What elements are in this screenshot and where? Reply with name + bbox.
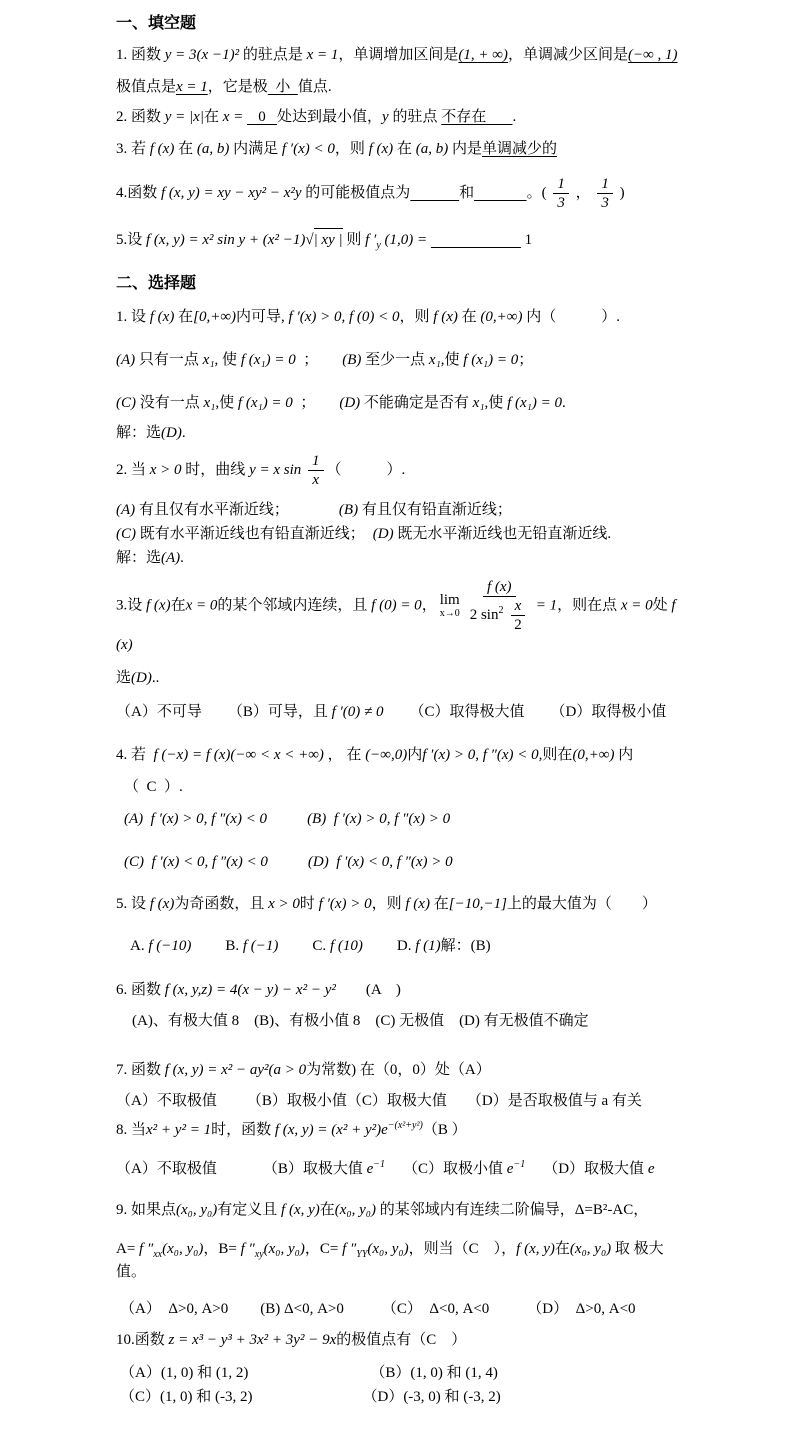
text-run: ，则 — [372, 896, 406, 912]
doc-line: 8. 当x² + y² = 1时，函数 f (x, y) = (x² + y²)… — [116, 1119, 683, 1142]
text-run: ； — [296, 352, 319, 368]
doc-line: 解：选(A). — [116, 547, 683, 570]
doc-line: (A) 有且仅有水平渐近线；(B) 有且仅有铅直渐近线； — [116, 499, 683, 522]
text-run: 3 — [557, 195, 565, 211]
document-page: 一、填空题 1. 函数 y = 3(x −1)² 的驻点是 x = 1，单调增加… — [0, 0, 793, 1433]
text-run: 1 — [521, 232, 532, 248]
text-run: 在 — [171, 597, 186, 613]
tab-space — [228, 1312, 260, 1313]
text-run: 10.函数 — [116, 1332, 169, 1348]
text-run: (x₀, y₀) — [335, 1202, 376, 1218]
answer-blank: 0 — [247, 109, 277, 125]
text-run: 1 — [312, 453, 320, 469]
text-run: x — [312, 472, 319, 488]
answer-blank: 单调减少的 — [482, 141, 557, 157]
section-heading: 二、选择题 — [116, 272, 683, 296]
text-run: 则 — [343, 232, 366, 248]
tab-space — [202, 715, 228, 716]
answer-blank: (−∞ , 1) — [628, 47, 678, 63]
text-run: e — [648, 1161, 655, 1177]
text-run: 在 — [174, 141, 197, 157]
fraction: 13 — [553, 175, 569, 212]
text-run: (D) — [131, 670, 152, 686]
text-run: f (x) — [150, 141, 175, 157]
doc-line: （A）不可导（B）可导，且 f ′(0) ≠ 0（C）取得极大值（D）取得极小值 — [116, 701, 683, 724]
text-run: 既无水平渐近线也无铅直渐近线. — [394, 526, 612, 542]
text-run: (x₀, y₀) — [264, 1241, 305, 1257]
tab-space — [278, 949, 312, 950]
text-run: (B) — [339, 502, 358, 518]
text-run: 3.设 — [116, 597, 146, 613]
text-run: f ′(x) < 0, f ″(x) < 0 — [152, 854, 268, 870]
text-run: 4. 若 — [116, 747, 154, 763]
text-run: 内满足 — [229, 141, 282, 157]
text-run: f ′(x) > 0, f ″(x) < 0 — [151, 811, 267, 827]
text-run: y — [382, 109, 389, 125]
section-multiple-choice: 二、选择题 1. 设 f (x) 在[0,+∞)内可导, f ′(x) > 0,… — [116, 272, 683, 1409]
text-run: 2 — [514, 617, 522, 633]
text-run: ，单调增加区间是 — [338, 47, 458, 63]
text-run: (x₀, y₀) — [162, 1241, 203, 1257]
text-run: 解：选 — [116, 550, 161, 566]
text-run: (C) — [116, 526, 136, 542]
text-run: 在 — [204, 109, 223, 125]
fraction-denominator: 3 — [597, 194, 613, 212]
text-run: | xy | — [314, 232, 343, 248]
text-run: y = 3(x −1)² — [165, 47, 239, 63]
text-run: f ′(x) > 0, f ″(x) > 0 — [334, 811, 450, 827]
text-run: 上的最大值为（ ） — [507, 896, 657, 912]
text-run: x₁ — [473, 395, 485, 411]
text-run: 处 — [653, 597, 672, 613]
answer-blank: x = 1 — [176, 79, 208, 95]
text-run: x = 1 — [307, 47, 339, 63]
text-run: D. — [397, 938, 415, 954]
doc-line: （A） Δ>0, A>0(B) Δ<0, A>0（C） Δ<0, A<0（D） … — [116, 1298, 683, 1321]
answer-blank — [431, 232, 521, 248]
fraction-denominator: 2 — [510, 616, 526, 634]
text-run: （B）取极大值 — [263, 1161, 367, 1177]
text-run: x = — [223, 109, 247, 125]
tab-space — [191, 949, 225, 950]
text-run: （B）取极小值（C）取极大值 — [247, 1093, 447, 1109]
text-run: (x₀, y₀) — [176, 1202, 217, 1218]
text-run: f ″ — [241, 1241, 255, 1257]
fraction: f (x)2 sin2 x2 — [466, 578, 533, 634]
text-run: (0,+∞) — [572, 747, 614, 763]
text-run: x₁ — [429, 352, 441, 368]
text-run: ； — [518, 352, 533, 368]
text-run: ，则在点 — [557, 597, 621, 613]
text-run: ， — [422, 597, 437, 613]
text-run: (D) — [339, 395, 360, 411]
doc-line: (C) 既有水平渐近线也有铅直渐近线；(D) 既无水平渐近线也无铅直渐近线. — [116, 523, 683, 546]
text-run: 值点. — [298, 79, 332, 95]
text-run: −(x²+y²) — [388, 1120, 423, 1131]
text-run: (x₀, y₀) — [570, 1241, 611, 1257]
text-run: 1 — [557, 176, 565, 192]
text-run: x = 0 — [621, 597, 653, 613]
doc-line: （ C ）. — [116, 776, 683, 799]
text-run: −1 — [373, 1159, 385, 1170]
text-run: . — [512, 109, 516, 125]
text-run: f (x) — [405, 896, 430, 912]
answer-blank — [410, 185, 459, 201]
fraction: x2 — [510, 597, 526, 634]
text-run: 内（ ）. — [522, 309, 620, 325]
text-run: 极值点是 — [116, 79, 176, 95]
text-run: x₁ — [204, 395, 216, 411]
text-run: YY — [356, 1249, 367, 1260]
text-run: f (x, y) — [516, 1241, 555, 1257]
text-run: 9. 如果点 — [116, 1202, 176, 1218]
text-run: A= — [116, 1241, 139, 1257]
doc-line: 1. 函数 y = 3(x −1)² 的驻点是 x = 1，单调增加区间是(1,… — [116, 44, 683, 67]
text-run: f (x) — [150, 896, 175, 912]
text-run: 解：选 — [116, 425, 161, 441]
doc-line: 4.函数 f (x, y) = xy − xy² − x²y 的可能极值点为 和… — [116, 175, 683, 212]
text-run: (D) — [373, 526, 394, 542]
section-lines: 1. 函数 y = 3(x −1)² 的驻点是 x = 1，单调增加区间是(1,… — [116, 44, 683, 252]
text-run: f (−x) = f (x)(−∞ < x < +∞) — [154, 747, 324, 763]
sqrt-radical: √| xy | — [305, 228, 342, 252]
text-run: 有且仅有铅直渐近线； — [358, 502, 512, 518]
tab-space — [525, 1172, 543, 1173]
text-run: （C）(1, 0) 和 (-3, 2) — [120, 1389, 252, 1405]
text-run: f (x, y) = xy − xy² − x²y — [161, 185, 302, 201]
text-run: . — [562, 395, 566, 411]
text-run: （A）不可导 — [116, 704, 202, 720]
fraction-denominator: 2 sin2 x2 — [466, 597, 533, 634]
text-run: 为常数) 在（0，0）处（A） — [306, 1062, 491, 1078]
text-run — [503, 607, 507, 623]
text-run: x > 0 — [150, 462, 182, 478]
tab-space — [336, 993, 366, 994]
tab-space — [217, 1104, 247, 1105]
doc-line: 2. 函数 y = |x|在 x = 0 处达到最小值，y 的驻点 不存在 . — [116, 106, 683, 129]
text-run: f (−1) — [243, 938, 279, 954]
text-run — [144, 854, 152, 870]
text-run: (D) — [161, 425, 182, 441]
text-run: (x₀, y₀) — [367, 1241, 408, 1257]
text-run: （D） Δ>0, A<0 — [527, 1301, 635, 1317]
text-run: （ C ）. — [124, 779, 183, 795]
text-run: （ ）. — [327, 462, 406, 478]
doc-line: 7. 函数 f (x, y) = x² − ay²(a > 0为常数) 在（0，… — [116, 1059, 683, 1082]
text-run: （D）是否取极值与 a 有关 — [467, 1093, 642, 1109]
text-run: f ′ — [365, 232, 376, 248]
tab-space — [365, 537, 373, 538]
tab-space — [252, 1400, 362, 1401]
text-run: f (x) — [487, 579, 512, 595]
text-run: （A）不取极值 — [116, 1161, 217, 1177]
text-run: . — [180, 550, 184, 566]
text-run: f (10) — [330, 938, 363, 954]
text-run: 内 — [407, 747, 422, 763]
text-run: 在 — [320, 1202, 335, 1218]
tab-space — [385, 1172, 403, 1173]
text-run: (1,0) = — [381, 232, 431, 248]
text-run: 3 — [601, 195, 609, 211]
text-run: 在 — [430, 896, 449, 912]
text-run: 为奇函数，且 — [174, 896, 268, 912]
text-run: .. — [152, 670, 160, 686]
tab-space — [363, 949, 397, 950]
text-run: 时 — [300, 896, 319, 912]
text-run: f (x) — [146, 597, 171, 613]
text-run: 的驻点是 — [239, 47, 307, 63]
text-run: 的某个邻域内连续，且 — [217, 597, 371, 613]
text-run: 有定义且 — [217, 1202, 281, 1218]
text-run: (B) Δ<0, A>0 — [260, 1301, 344, 1317]
text-run — [326, 811, 334, 827]
fraction-numerator: x — [511, 597, 526, 616]
text-run: (A) — [124, 811, 143, 827]
radicand: | xy | — [314, 228, 343, 252]
text-run: 在 — [393, 141, 416, 157]
text-run: x — [515, 598, 522, 614]
text-run: ， — [572, 185, 595, 201]
fraction-numerator: 1 — [597, 175, 613, 194]
text-run: f ′(x) > 0, f (0) < 0 — [289, 309, 400, 325]
text-run: f ′(x) < 0, f ″(x) > 0 — [336, 854, 452, 870]
text-run: y = x sin — [249, 462, 305, 478]
text-run: 处达到最小值， — [277, 109, 382, 125]
text-run: 6. 函数 — [116, 982, 165, 998]
text-run: x = 0 — [186, 597, 218, 613]
text-run: f (x) — [369, 141, 394, 157]
text-run: (B) — [342, 352, 361, 368]
text-run: f (x, y) — [281, 1202, 320, 1218]
text-run: （A）不取极值 — [116, 1093, 217, 1109]
text-run: B. — [225, 938, 243, 954]
text-run: f (x) — [150, 309, 175, 325]
doc-line: (A)、有极大值 8 (B)、有极小值 8 (C) 无极值 (D) 有无极值不确… — [116, 1010, 683, 1033]
text-run: 不能确定是否有 — [360, 395, 473, 411]
text-run: xy — [255, 1249, 264, 1260]
text-run: 既有水平渐近线也有铅直渐近线； — [136, 526, 365, 542]
text-run: 没有一点 — [136, 395, 204, 411]
text-run: （A）(1, 0) 和 (1, 2) — [120, 1365, 248, 1381]
doc-line: (A) 只有一点 x₁, 使 f (x₁) = 0 ；(B) 至少一点 x₁,使… — [116, 349, 683, 372]
text-run: f ″ — [139, 1241, 153, 1257]
doc-line: (C) f ′(x) < 0, f ″(x) < 0(D) f ′(x) < 0… — [116, 851, 683, 874]
text-run: z = x³ − y³ + 3x² + 3y² − 9x — [169, 1332, 337, 1348]
text-run: (D) — [308, 854, 329, 870]
text-run: (0,+∞) — [480, 309, 522, 325]
answer-blank: 不存在 — [441, 109, 512, 125]
text-run: f ′(x) > 0 — [319, 896, 372, 912]
text-run: y = |x| — [165, 109, 204, 125]
doc-line: 3.设 f (x)在x = 0的某个邻域内连续，且 f (0) = 0，limx… — [116, 578, 683, 657]
section-lines: 1. 设 f (x) 在[0,+∞)内可导, f ′(x) > 0, f (0)… — [116, 306, 683, 1409]
text-run: f (1) — [415, 938, 440, 954]
text-run: ,使 — [485, 395, 508, 411]
text-run: 4.函数 — [116, 185, 161, 201]
doc-line: 极值点是x = 1，它是极 小 值点. — [116, 76, 683, 99]
text-run: ，单调减少区间是 — [508, 47, 628, 63]
text-run: （A） Δ>0, A>0 — [120, 1301, 228, 1317]
text-run: f (x₁) = 0 — [238, 395, 293, 411]
fraction-numerator: 1 — [308, 452, 324, 471]
text-run: xx — [153, 1249, 162, 1260]
text-run: (a, b) — [197, 141, 230, 157]
text-run: 的极值点有（C ） — [336, 1332, 466, 1348]
doc-line: (C) 没有一点 x₁,使 f (x₁) = 0 ；(D) 不能确定是否有 x₁… — [116, 392, 683, 415]
text-run: f (x₁) = 0 — [507, 395, 562, 411]
text-run: f (x, y) = (x² + y²)e — [275, 1122, 388, 1138]
doc-line: A. f (−10)B. f (−1)C. f (10)D. f (1)解：(B… — [116, 935, 683, 958]
text-run: (C) — [116, 395, 136, 411]
text-run: f (x, y) = x² sin y + (x² −1) — [146, 232, 305, 248]
text-run: A. — [130, 938, 148, 954]
text-run: 内可导, — [236, 309, 289, 325]
limit-operator: limx→0 — [440, 593, 460, 619]
text-run: 5. 设 — [116, 896, 150, 912]
text-run — [143, 811, 151, 827]
text-run: ， 在 — [324, 747, 365, 763]
text-run: C. — [312, 938, 330, 954]
text-run: 在 — [174, 309, 193, 325]
limit-word: lim — [440, 593, 460, 609]
text-run: [−10,−1] — [449, 896, 507, 912]
doc-line: 5. 设 f (x)为奇函数，且 x > 0时 f ′(x) > 0，则 f (… — [116, 893, 683, 916]
tab-space — [217, 1172, 263, 1173]
doc-line: 解：选(D). — [116, 422, 683, 445]
text-run: 则在 — [542, 747, 572, 763]
text-run: f (0) = 0 — [371, 597, 422, 613]
text-run: (B) — [307, 811, 326, 827]
text-run: (A)、有极大值 8 (B)、有极小值 8 (C) 无极值 (D) 有无极值不确… — [132, 1013, 589, 1029]
doc-line: （A）不取极值（B）取极大值 e−1（C）取极小值 e−1（D）取极大值 e — [116, 1158, 683, 1181]
text-run: 2 sin — [470, 607, 499, 623]
text-run: 时，曲线 — [182, 462, 250, 478]
text-run: −1 — [513, 1159, 525, 1170]
tab-space — [315, 406, 339, 407]
text-run: 的可能极值点为 — [302, 185, 411, 201]
doc-line: （C）(1, 0) 和 (-3, 2)（D）(-3, 0) 和 (-3, 2) — [116, 1386, 683, 1409]
tab-space — [447, 1104, 467, 1105]
text-run: ，B= — [203, 1241, 240, 1257]
doc-line: 10.函数 z = x³ − y³ + 3x² + 3y² − 9x的极值点有（… — [116, 1329, 683, 1352]
fraction-denominator: x — [308, 471, 323, 489]
fraction-numerator: 1 — [553, 175, 569, 194]
doc-line: 6. 函数 f (x, y,z) = 4(x − y) − x² − y²(A … — [116, 979, 683, 1002]
text-run: ，则当（C ）， — [409, 1241, 517, 1257]
text-run: f ′(0) ≠ 0 — [332, 704, 384, 720]
text-run: 和 — [459, 185, 474, 201]
text-run: x² + y² = 1 — [146, 1122, 211, 1138]
tab-space — [344, 1312, 382, 1313]
text-run: ) — [616, 185, 625, 201]
fraction: 13 — [597, 175, 613, 212]
text-run: （B ） — [423, 1122, 467, 1138]
text-run: ，则 — [335, 141, 369, 157]
text-run: . — [182, 425, 186, 441]
text-run: （D）取极大值 — [543, 1161, 648, 1177]
text-run: 3. 若 — [116, 141, 150, 157]
text-run: （B）(1, 0) 和 (1, 4) — [370, 1365, 498, 1381]
text-run: 2. 当 — [116, 462, 150, 478]
text-run: （C） Δ<0, A<0 — [382, 1301, 489, 1317]
text-run: 2. 函数 — [116, 109, 165, 125]
text-run: (−∞,0) — [365, 747, 407, 763]
doc-line: 1. 设 f (x) 在[0,+∞)内可导, f ′(x) > 0, f (0)… — [116, 306, 683, 329]
text-run: 8. 当 — [116, 1122, 146, 1138]
text-run: ，它是极 — [208, 79, 268, 95]
doc-line: 选(D).. — [116, 667, 683, 690]
text-run: f (x, y) = x² − ay²(a > 0 — [165, 1062, 306, 1078]
text-run: 在 — [458, 309, 481, 325]
text-run: 内是 — [448, 141, 482, 157]
text-run: , 使 — [215, 352, 241, 368]
text-run: 1. 设 — [116, 309, 150, 325]
doc-line: 5.设 f (x, y) = x² sin y + (x² −1)√| xy |… — [116, 228, 683, 252]
text-run: f (−10) — [148, 938, 191, 954]
section-fill-in-the-blank: 一、填空题 1. 函数 y = 3(x −1)² 的驻点是 x = 1，单调增加… — [116, 12, 683, 252]
text-run: [0,+∞) — [193, 309, 236, 325]
text-run: (A) — [116, 352, 135, 368]
text-run: (A) — [161, 550, 180, 566]
text-run: (C) — [124, 854, 144, 870]
radical-sign: √ — [305, 229, 313, 252]
limit-subscript: x→0 — [440, 609, 460, 620]
answer-blank: (1, + ∞) — [458, 47, 508, 63]
text-run: 的驻点 — [389, 109, 442, 125]
text-run: 1. 函数 — [116, 47, 165, 63]
text-run: 时，函数 — [211, 1122, 275, 1138]
fraction: 1x — [308, 452, 324, 489]
text-run: 解：(B) — [441, 938, 491, 954]
text-run: 5.设 — [116, 232, 146, 248]
text-run: x > 0 — [268, 896, 300, 912]
doc-line: 2. 当 x > 0 时，曲线 y = x sin 1x（ ）. — [116, 452, 683, 489]
text-run: f ′(x) > 0, f ″(x) < 0, — [422, 747, 542, 763]
text-run: (A) — [116, 502, 135, 518]
text-run: f (x₁) = 0 — [241, 352, 296, 368]
text-run: f (x₁) = 0 — [463, 352, 518, 368]
doc-line: （A）不取极值（B）取极小值（C）取极大值（D）是否取极值与 a 有关 — [116, 1090, 683, 1113]
text-run: 内 — [615, 747, 634, 763]
text-run: 只有一点 — [135, 352, 203, 368]
doc-line: 4. 若 f (−x) = f (x)(−∞ < x < +∞) ， 在 (−∞… — [116, 744, 683, 767]
tab-space — [384, 715, 410, 716]
tab-space — [318, 363, 342, 364]
text-run: ，C= — [305, 1241, 342, 1257]
text-run: （C）取得极大值 — [410, 704, 525, 720]
tab-space — [267, 822, 307, 823]
doc-line: A= f ″xx(x₀, y₀)，B= f ″xy(x₀, y₀)，C= f ″… — [116, 1238, 683, 1284]
tab-space — [289, 513, 339, 514]
doc-line: 3. 若 f (x) 在 (a, b) 内满足 f ′(x) < 0，则 f (… — [116, 138, 683, 161]
text-run: 。( — [527, 185, 551, 201]
tab-space — [489, 1312, 527, 1313]
text-run: （D）(-3, 0) 和 (-3, 2) — [362, 1389, 500, 1405]
text-run: ，则 — [400, 309, 434, 325]
text-run: (a, b) — [416, 141, 449, 157]
text-run: f ″ — [342, 1241, 356, 1257]
text-run: 7. 函数 — [116, 1062, 165, 1078]
answer-blank: 小 — [268, 79, 298, 95]
text-run: 在 — [555, 1241, 570, 1257]
section-heading: 一、填空题 — [116, 12, 683, 36]
text-run: （C）取极小值 — [403, 1161, 507, 1177]
text-run: 至少一点 — [361, 352, 429, 368]
text-run: ,使 — [215, 395, 238, 411]
text-run: （D）取得极小值 — [551, 704, 667, 720]
text-run: 的某邻域内有连续二阶偏导，Δ=B²-AC， — [376, 1202, 648, 1218]
text-run: = 1 — [536, 597, 557, 613]
